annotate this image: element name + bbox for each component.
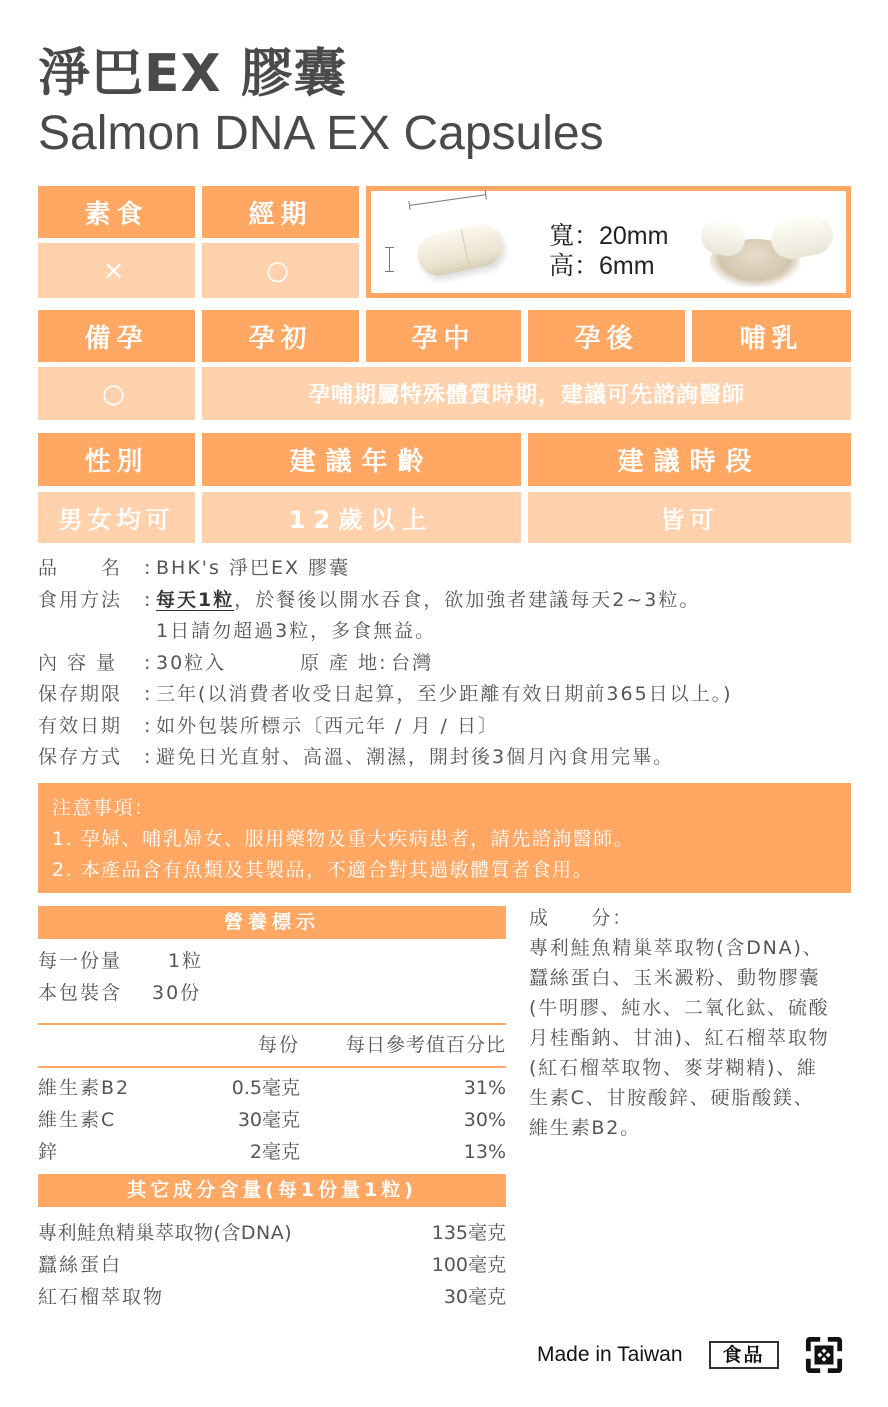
nutrient-row: 鋅 2毫克 13%	[38, 1136, 506, 1168]
servings-row: 本包裝含 30份	[38, 977, 506, 1009]
page-title-zh: 淨巴EX 膠囊	[38, 44, 347, 104]
product-name-value: BHK's 淨巴EX 膠囊	[156, 557, 350, 579]
age-header: 建議年齡	[202, 433, 521, 486]
page-title-en: Salmon DNA EX Capsules	[38, 106, 604, 162]
open-capsule-half-image	[768, 212, 836, 262]
ingredients-line: 月桂酯鈉、甘油)、紅石榴萃取物	[529, 1023, 855, 1053]
capsule-image	[414, 221, 507, 280]
daily-value-header: 每日參考值百分比	[346, 1025, 506, 1065]
shelf-life-label: 保存期限	[38, 679, 144, 711]
nutrition-column-headers: 每份 每日參考值百分比	[38, 1025, 506, 1061]
usage-line2: 1日請勿超過3粒，多食無益。	[38, 616, 733, 648]
ingredients-line: (牛明膠、純水、二氧化鈦、硫酸	[529, 993, 855, 1023]
content-label: 內 容 量	[38, 648, 144, 680]
pregnancy-note: 孕哺期屬特殊體質時期，建議可先諮詢醫師	[202, 367, 851, 420]
ingredients-label: 成 分：	[529, 903, 855, 933]
warning-title: 注意事項：	[52, 793, 837, 824]
other-ingredient-name: 紅石榴萃取物	[38, 1281, 164, 1313]
other-ingredients-title: 其它成分含量(每1份量1粒)	[38, 1174, 506, 1207]
warning-box: 注意事項： 1. 孕婦、哺乳婦女、服用藥物及重大疾病患者，請先諮詢醫師。 2. …	[38, 783, 851, 893]
product-name-row: 品 名:BHK's 淨巴EX 膠囊	[38, 553, 733, 585]
other-ingredient-row: 蠶絲蛋白 100毫克	[38, 1249, 506, 1281]
ingredients-line: 生素C、甘胺酸鋅、硬脂酸鎂、	[529, 1083, 855, 1113]
product-info: 品 名:BHK's 淨巴EX 膠囊 食用方法:每天1粒，於餐後以開水吞食，欲加強…	[38, 553, 733, 774]
servings-label: 本包裝含	[38, 977, 122, 1009]
capsule-size-box: 寬：20mm 高：6mm	[366, 186, 851, 298]
nutrient-amount: 0.5毫克	[232, 1072, 300, 1104]
time-value: 皆可	[528, 492, 851, 543]
menstruation-value: ○	[202, 243, 359, 298]
other-ingredient-amount: 100毫克	[432, 1249, 506, 1281]
other-ingredient-amount: 30毫克	[444, 1281, 506, 1313]
origin: 原 產 地:台灣	[300, 648, 433, 680]
nutrient-row: 維生素B2 0.5毫克 31%	[38, 1072, 506, 1104]
per-serving-header: 每份	[258, 1025, 300, 1065]
storage-label: 保存方式	[38, 742, 144, 774]
nutrient-dv: 31%	[464, 1072, 506, 1104]
storage-row: 保存方式:避免日光直射、高溫、潮濕，開封後3個月內食用完畢。	[38, 742, 733, 774]
menstruation-header: 經期	[202, 186, 359, 238]
ingredients-line: 蠶絲蛋白、玉米澱粉、動物膠囊	[529, 963, 855, 993]
vegetarian-header: 素食	[38, 186, 195, 238]
usage-row: 食用方法:每天1粒，於餐後以開水吞食，欲加強者建議每天2~3粒。	[38, 585, 733, 617]
nutrient-amount: 30毫克	[238, 1104, 300, 1136]
prep-pregnancy-value: ○	[38, 367, 195, 420]
ingredients-line: 專利鮭魚精巢萃取物(含DNA)、	[529, 933, 855, 963]
nutrition-table: 營養標示 每一份量 1粒 本包裝含 30份 每份 每日參考值百分比 維生素B2 …	[38, 906, 506, 1313]
serving-size-row: 每一份量 1粒	[38, 945, 506, 977]
servings-value: 30份	[152, 977, 201, 1009]
nutrient-name: 維生素B2	[38, 1072, 130, 1104]
other-ingredient-amount: 135毫克	[432, 1217, 506, 1249]
capsule-dimensions: 寬：20mm 高：6mm	[549, 221, 668, 281]
breastfeeding-header: 哺乳	[692, 310, 851, 362]
usage-label: 食用方法	[38, 585, 144, 617]
capsule-height: 高：6mm	[549, 251, 668, 281]
content-value: 30粒入	[156, 652, 226, 674]
expiry-row: 有效日期:如外包裝所標示〔西元年 / 月 / 日〕	[38, 711, 733, 743]
warning-item: 1. 孕婦、哺乳婦女、服用藥物及重大疾病患者，請先諮詢醫師。	[52, 824, 837, 855]
expiry-label: 有效日期	[38, 711, 144, 743]
other-ingredient-row: 紅石榴萃取物 30毫克	[38, 1281, 506, 1313]
other-ingredient-name: 專利鮭魚精巢萃取物(含DNA)	[38, 1217, 292, 1249]
width-ruler-icon	[409, 194, 486, 206]
shelf-life-value: 三年(以消費者收受日起算，至少距離有效日期前365日以上。)	[156, 683, 733, 705]
vegetarian-value: ×	[38, 243, 195, 298]
nutrient-name: 鋅	[38, 1136, 59, 1168]
serving-size-value: 1粒	[168, 945, 203, 977]
expiry-value: 如外包裝所標示〔西元年 / 月 / 日〕	[156, 715, 499, 737]
late-pregnancy-header: 孕後	[528, 310, 685, 362]
shelf-life-row: 保存期限:三年(以消費者收受日起算，至少距離有效日期前365日以上。)	[38, 679, 733, 711]
nutrient-dv: 13%	[464, 1136, 506, 1168]
recycle-icon	[805, 1336, 843, 1374]
ingredients-line: 維生素B2。	[529, 1113, 855, 1143]
nutrient-amount: 2毫克	[250, 1136, 300, 1168]
capsule-width: 寬：20mm	[549, 221, 668, 251]
footer: Made in Taiwan 食品	[537, 1336, 843, 1374]
made-in-taiwan: Made in Taiwan	[537, 1343, 683, 1367]
other-ingredient-name: 蠶絲蛋白	[38, 1249, 122, 1281]
other-ingredient-row: 專利鮭魚精巢萃取物(含DNA) 135毫克	[38, 1217, 506, 1249]
serving-size-label: 每一份量	[38, 945, 122, 977]
ingredients-line: (紅石榴萃取物、麥芽糊精)、維	[529, 1053, 855, 1083]
time-header: 建議時段	[528, 433, 851, 486]
height-ruler-icon	[389, 247, 390, 272]
nutrient-row: 維生素C 30毫克 30%	[38, 1104, 506, 1136]
product-name-label: 品 名	[38, 553, 144, 585]
content-row: 內 容 量:30粒入 原 產 地:台灣	[38, 648, 733, 680]
usage-highlight: 每天1粒	[156, 589, 234, 611]
early-pregnancy-header: 孕初	[202, 310, 359, 362]
origin-value: 台灣	[391, 652, 433, 674]
prep-pregnancy-header: 備孕	[38, 310, 195, 362]
warning-item: 2. 本產品含有魚類及其製品，不適合對其過敏體質者食用。	[52, 855, 837, 886]
nutrition-title: 營養標示	[38, 906, 506, 939]
origin-label: 原 產 地	[300, 652, 379, 674]
age-value: 12歲以上	[202, 492, 521, 543]
gender-header: 性別	[38, 433, 195, 486]
nutrient-name: 維生素C	[38, 1104, 116, 1136]
nutrient-dv: 30%	[464, 1104, 506, 1136]
mid-pregnancy-header: 孕中	[366, 310, 521, 362]
food-badge: 食品	[709, 1341, 779, 1369]
gender-value: 男女均可	[38, 492, 195, 543]
usage-value: ，於餐後以開水吞食，欲加強者建議每天2~3粒。	[234, 589, 700, 611]
storage-value: 避免日光直射、高溫、潮濕，開封後3個月內食用完畢。	[156, 746, 674, 768]
ingredients: 成 分： 專利鮭魚精巢萃取物(含DNA)、 蠶絲蛋白、玉米澱粉、動物膠囊 (牛明…	[529, 903, 855, 1143]
